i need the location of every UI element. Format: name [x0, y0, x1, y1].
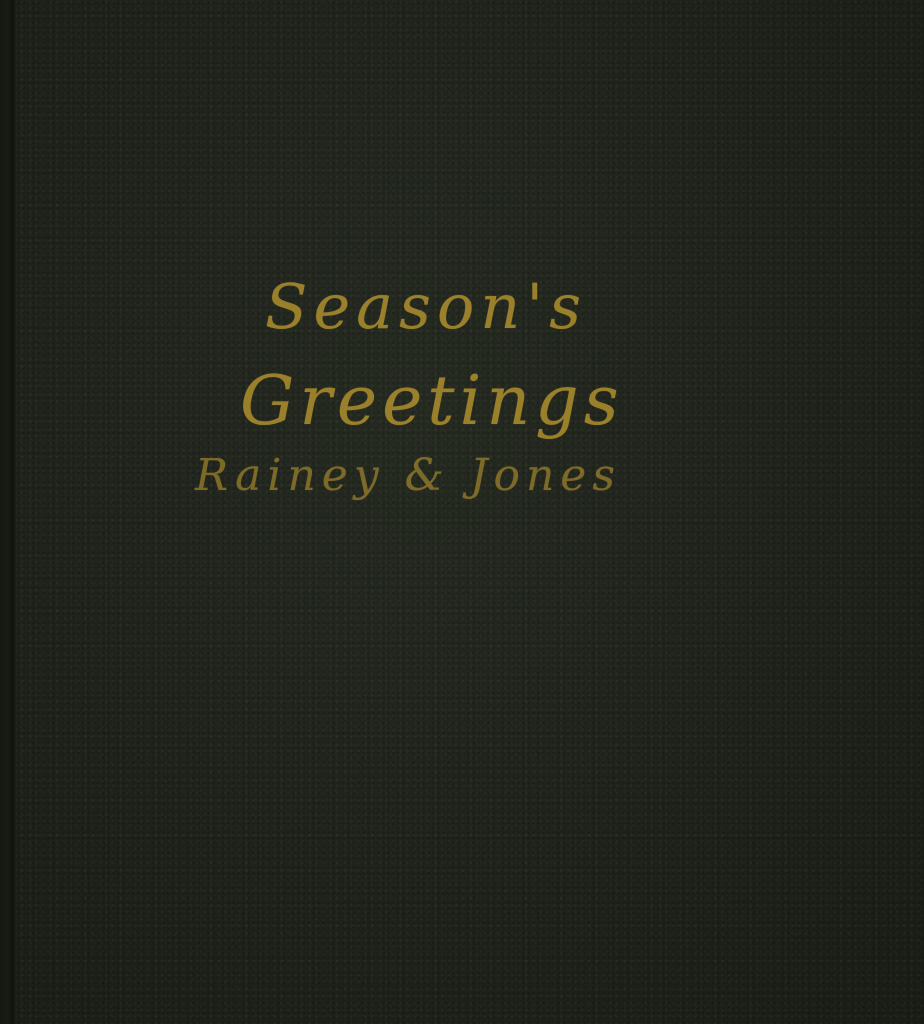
card-cover: Season's Greetings Rainey & Jones: [0, 0, 924, 1024]
greeting-line-seasons: Season's: [265, 270, 587, 343]
card-spine-edge: [0, 0, 16, 1024]
greeting-line-greetings: Greetings: [240, 362, 624, 441]
paper-texture: [0, 0, 924, 1024]
greeting-signature: Rainey & Jones: [195, 450, 621, 501]
